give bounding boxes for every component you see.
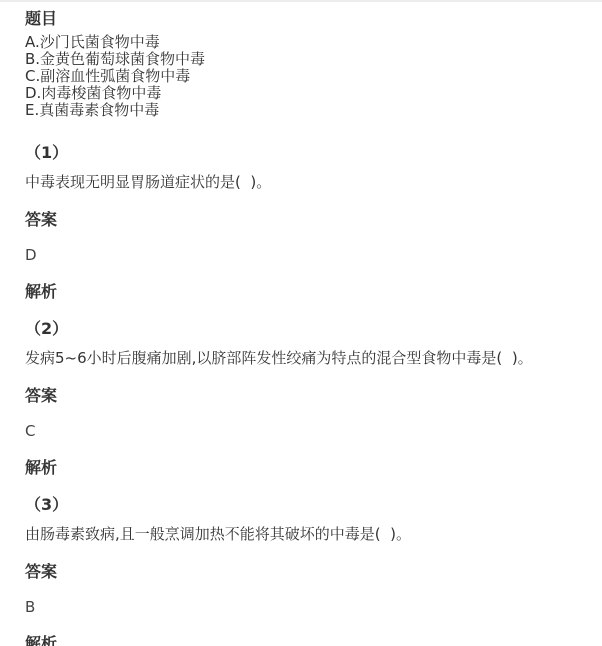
sub-question-1-label: （1） [25, 144, 582, 161]
sub-question-1-text: 中毒表现无明显胃肠道症状的是( )。 [25, 173, 582, 191]
quiz-document-page: 题目 A.沙门氏菌食物中毒 B.金黄色葡萄球菌食物中毒 C.副溶血性弧菌食物中毒… [0, 0, 602, 646]
option-d: D.肉毒梭菌食物中毒 [25, 85, 582, 102]
sub-question-1-answer-value: D [25, 247, 582, 263]
option-b: B.金黄色葡萄球菌食物中毒 [25, 51, 582, 68]
sub-question-2-answer-heading: 答案 [25, 387, 582, 404]
options-list: A.沙门氏菌食物中毒 B.金黄色葡萄球菌食物中毒 C.副溶血性弧菌食物中毒 D.… [25, 34, 582, 119]
sub-question-1: （1） 中毒表现无明显胃肠道症状的是( )。 答案 D 解析 [25, 144, 582, 300]
sub-question-3-analysis-heading: 解析 [25, 635, 582, 646]
sub-question-2-analysis-heading: 解析 [25, 459, 582, 476]
sub-question-2-answer-value: C [25, 423, 582, 439]
question-heading: 题目 [25, 10, 582, 27]
sub-question-3-answer-value: B [25, 599, 582, 615]
sub-question-3-label: （3） [25, 496, 582, 513]
sub-question-1-answer-heading: 答案 [25, 211, 582, 228]
sub-question-2: （2） 发病5~6小时后腹痛加剧,以脐部阵发性绞痛为特点的混合型食物中毒是( )… [25, 320, 582, 476]
sub-question-2-text: 发病5~6小时后腹痛加剧,以脐部阵发性绞痛为特点的混合型食物中毒是( )。 [25, 349, 582, 367]
option-e: E.真菌毒素食物中毒 [25, 102, 582, 119]
sub-question-2-label: （2） [25, 320, 582, 337]
sub-question-3-text: 由肠毒素致病,且一般烹调加热不能将其破坏的中毒是( )。 [25, 525, 582, 543]
option-c: C.副溶血性弧菌食物中毒 [25, 68, 582, 85]
option-a: A.沙门氏菌食物中毒 [25, 34, 582, 51]
sub-question-1-analysis-heading: 解析 [25, 283, 582, 300]
sub-question-3-answer-heading: 答案 [25, 563, 582, 580]
sub-question-3: （3） 由肠毒素致病,且一般烹调加热不能将其破坏的中毒是( )。 答案 B 解析 [25, 496, 582, 646]
